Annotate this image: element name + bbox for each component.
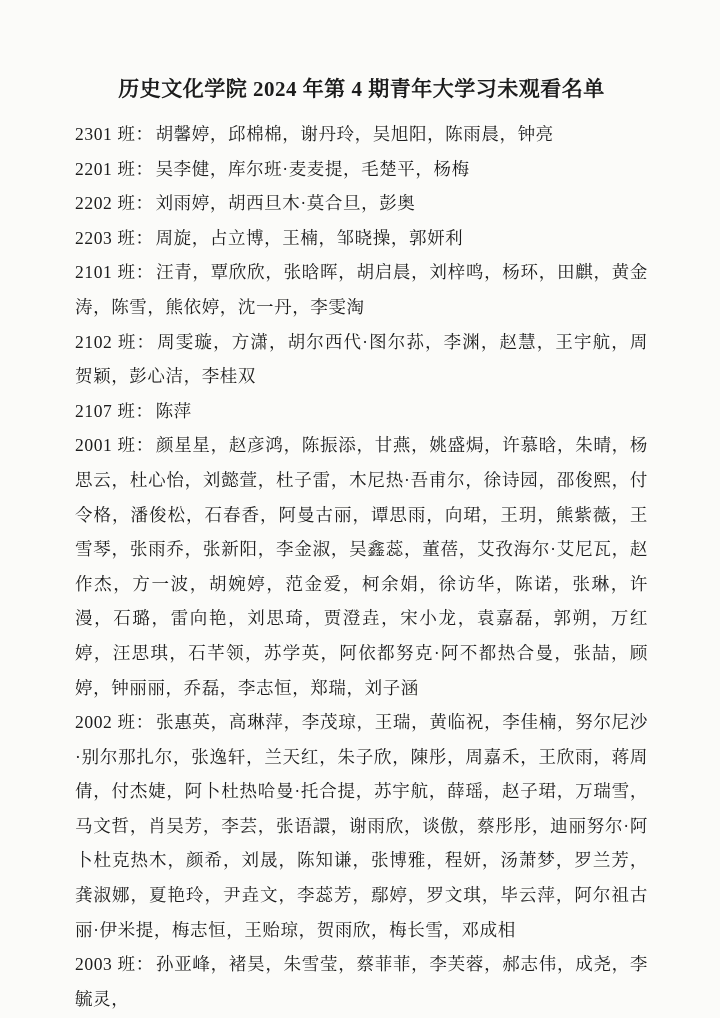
class-label: 2102 班： bbox=[75, 332, 157, 352]
class-label: 2202 班： bbox=[75, 193, 156, 213]
class-names: 周旋，占立博，王楠，邹晓操，郭妍利 bbox=[156, 228, 464, 248]
class-names: 吴李健，库尔班·麦麦提，毛楚平，杨梅 bbox=[156, 159, 470, 179]
class-label: 2101 班： bbox=[75, 262, 156, 282]
class-names: 陈萍 bbox=[156, 401, 192, 421]
class-entry: 2202 班：刘雨婷，胡西旦木·莫合旦，彭奥 bbox=[75, 186, 648, 221]
class-entry: 2203 班：周旋，占立博，王楠，邹晓操，郭妍利 bbox=[75, 221, 648, 256]
class-names: 张惠英，高琳萍，李茂琼，王瑞，黄临祝，李佳楠，努尔尼沙·别尔那扎尔，张逸轩，兰天… bbox=[75, 712, 648, 940]
document-title: 历史文化学院 2024 年第 4 期青年大学习未观看名单 bbox=[75, 74, 648, 104]
class-entry: 2002 班：张惠英，高琳萍，李茂琼，王瑞，黄临祝，李佳楠，努尔尼沙·别尔那扎尔… bbox=[75, 705, 648, 947]
class-label: 2001 班： bbox=[75, 435, 156, 455]
class-names: 周雯璇，方潇，胡尔西代·图尔荪，李渊，赵慧，王宇航，周贺颖，彭心洁，李桂双 bbox=[75, 332, 648, 387]
class-label: 2201 班： bbox=[75, 159, 156, 179]
class-label: 2107 班： bbox=[75, 401, 156, 421]
class-names: 颜星星，赵彦鸿，陈振添，甘燕，姚盛焗，许慕晗，朱晴，杨思云，杜心怡，刘懿萱，杜子… bbox=[75, 435, 648, 697]
class-label: 2003 班： bbox=[75, 954, 156, 974]
class-names: 胡馨婷，邱棉棉，谢丹玲，吴旭阳，陈雨晨，钟亮 bbox=[156, 124, 554, 144]
class-entry: 2003 班：孙亚峰，褚昊，朱雪莹，蔡菲菲，李芙蓉，郝志伟，成尧，李毓灵， bbox=[75, 947, 648, 1016]
class-entry: 2102 班：周雯璇，方潇，胡尔西代·图尔荪，李渊，赵慧，王宇航，周贺颖，彭心洁… bbox=[75, 325, 648, 394]
class-entry: 2201 班：吴李健，库尔班·麦麦提，毛楚平，杨梅 bbox=[75, 152, 648, 187]
class-label: 2301 班： bbox=[75, 124, 156, 144]
class-entry: 2101 班：汪青，覃欣欣，张晗晖，胡启晨，刘梓鸣，杨环，田麒，黄金涛，陈雪，熊… bbox=[75, 255, 648, 324]
class-names: 刘雨婷，胡西旦木·莫合旦，彭奥 bbox=[156, 193, 416, 213]
class-entry: 2001 班：颜星星，赵彦鸿，陈振添，甘燕，姚盛焗，许慕晗，朱晴，杨思云，杜心怡… bbox=[75, 428, 648, 705]
class-label: 2203 班： bbox=[75, 228, 156, 248]
class-names: 孙亚峰，褚昊，朱雪莹，蔡菲菲，李芙蓉，郝志伟，成尧，李毓灵， bbox=[75, 954, 648, 1009]
class-entry: 2107 班：陈萍 bbox=[75, 394, 648, 429]
class-names: 汪青，覃欣欣，张晗晖，胡启晨，刘梓鸣，杨环，田麒，黄金涛，陈雪，熊依婷，沈一丹，… bbox=[75, 262, 648, 317]
class-entry: 2301 班：胡馨婷，邱棉棉，谢丹玲，吴旭阳，陈雨晨，钟亮 bbox=[75, 117, 648, 152]
name-list: 2301 班：胡馨婷，邱棉棉，谢丹玲，吴旭阳，陈雨晨，钟亮 2201 班：吴李健… bbox=[75, 117, 648, 1016]
class-label: 2002 班： bbox=[75, 712, 156, 732]
document-page: 历史文化学院 2024 年第 4 期青年大学习未观看名单 2301 班：胡馨婷，… bbox=[0, 0, 720, 1018]
